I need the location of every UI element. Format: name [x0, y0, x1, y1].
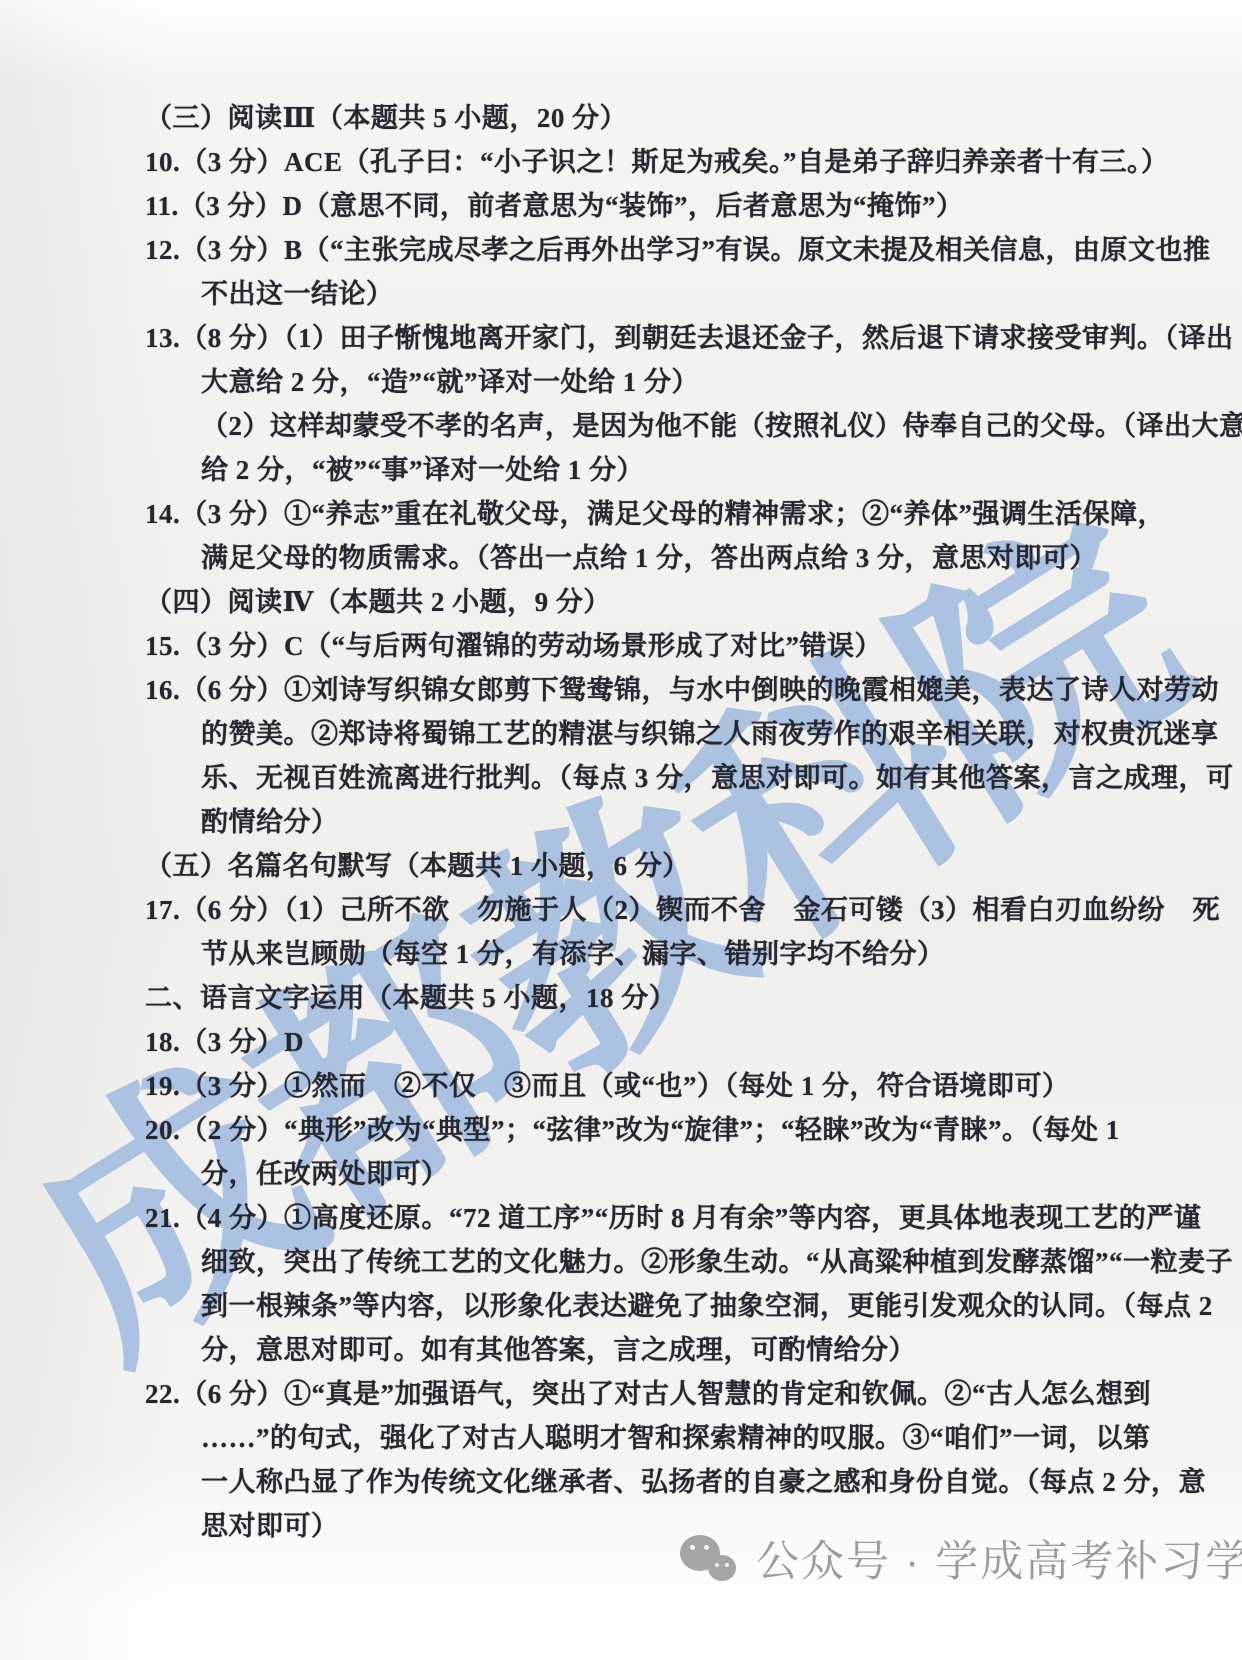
answer-line: 17.（6 分）（1）己所不欲 勿施于人（2）锲而不舍 金石可镂（3）相看白刃血… — [145, 888, 1242, 932]
answer-line: 的赞美。②郑诗将蜀锦工艺的精湛与织锦之人雨夜劳作的艰辛相关联，对权贵沉迷享 — [201, 712, 1242, 756]
answer-line: 12.（3 分）B（“主张完成尽孝之后再外出学习”有误。原文未提及相关信息，由原… — [145, 228, 1242, 272]
answer-line: 分，任改两处即可） — [201, 1152, 1242, 1196]
footer: 公众号 · 学成高考补习学校 — [678, 1528, 1242, 1589]
answer-line: 21.（4 分）①高度还原。“72 道工序”“历时 8 月有余”等内容，更具体地… — [145, 1196, 1242, 1240]
answer-line: 一人称凸显了作为传统文化继承者、弘扬者的自豪之感和身份自觉。（每点 2 分，意 — [201, 1460, 1242, 1504]
answer-line: 22.（6 分）①“真是”加强语气，突出了对古人智慧的肯定和钦佩。②“古人怎么想… — [145, 1372, 1242, 1416]
answer-line: 细致，突出了传统工艺的文化魅力。②形象生动。“从高粱种植到发酵蒸馏”“一粒麦子 — [201, 1240, 1242, 1284]
wechat-icon — [678, 1529, 742, 1589]
answer-line: 大意给 2 分，“造”“就”译对一处给 1 分） — [201, 360, 1242, 404]
answer-line: 给 2 分，“被”“事”译对一处给 1 分） — [201, 448, 1242, 492]
answer-line: （三）阅读Ⅲ（本题共 5 小题，20 分） — [145, 96, 1242, 140]
answer-line: 分，意思对即可。如有其他答案，言之成理，可酌情给分） — [201, 1328, 1242, 1372]
answer-line: 节从来岂顾勋（每空 1 分，有添字、漏字、错别字均不给分） — [201, 932, 1242, 976]
answer-line: 14.（3 分）①“养志”重在礼敬父母，满足父母的精神需求；②“养体”强调生活保… — [145, 492, 1242, 536]
answer-line: 15.（3 分）C（“与后两句濯锦的劳动场景形成了对比”错误） — [145, 624, 1242, 668]
answer-line: 19.（3 分）①然而 ②不仅 ③而且（或“也”）（每处 1 分，符合语境即可） — [145, 1064, 1242, 1108]
answer-line: （五）名篇名句默写（本题共 1 小题，6 分） — [145, 844, 1242, 888]
answers-list: （三）阅读Ⅲ（本题共 5 小题，20 分）10.（3 分）ACE（孔子曰：“小子… — [0, 96, 1242, 1548]
answer-line: 不出这一结论） — [201, 272, 1242, 316]
answer-line: 到一根辣条”等内容，以形象化表达避免了抽象空洞，更能引发观众的认同。（每点 2 — [201, 1284, 1242, 1328]
answer-line: 16.（6 分）①刘诗写织锦女郎剪下鸳鸯锦，与水中倒映的晚霞相媲美，表达了诗人对… — [145, 668, 1242, 712]
answer-line: （四）阅读Ⅳ（本题共 2 小题，9 分） — [145, 580, 1242, 624]
answer-line: 13.（8 分）（1）田子惭愧地离开家门，到朝廷去退还金子，然后退下请求接受审判… — [145, 316, 1242, 360]
answer-line: ……”的句式，强化了对古人聪明才智和探索精神的叹服。③“咱们”一词，以第 — [201, 1416, 1242, 1460]
answer-line: 酌情给分） — [201, 800, 1242, 844]
answer-line: 20.（2 分）“典形”改为“典型”；“弦律”改为“旋律”；“轻睐”改为“青睐”… — [145, 1108, 1242, 1152]
answer-line: 乐、无视百姓流离进行批判。（每点 3 分，意思对即可。如有其他答案，言之成理，可 — [201, 756, 1242, 800]
exam-answer-page: 成都教科院 （三）阅读Ⅲ（本题共 5 小题，20 分）10.（3 分）ACE（孔… — [0, 0, 1242, 1660]
footer-label: 公众号 · 学成高考补习学校 — [756, 1528, 1242, 1589]
answer-line: （2）这样却蒙受不孝的名声，是因为他不能（按照礼仪）侍奉自己的父母。（译出大意 — [201, 404, 1242, 448]
answer-line: 二、语言文字运用（本题共 5 小题，18 分） — [145, 976, 1242, 1020]
answer-line: 18.（3 分）D — [145, 1020, 1242, 1064]
answer-line: 10.（3 分）ACE（孔子曰：“小子识之！斯足为戒矣。”自是弟子辞归养亲者十有… — [145, 140, 1242, 184]
answer-line: 满足父母的物质需求。（答出一点给 1 分，答出两点给 3 分，意思对即可） — [201, 536, 1242, 580]
answer-line: 11.（3 分）D（意思不同，前者意思为“装饰”，后者意思为“掩饰”） — [145, 184, 1242, 228]
